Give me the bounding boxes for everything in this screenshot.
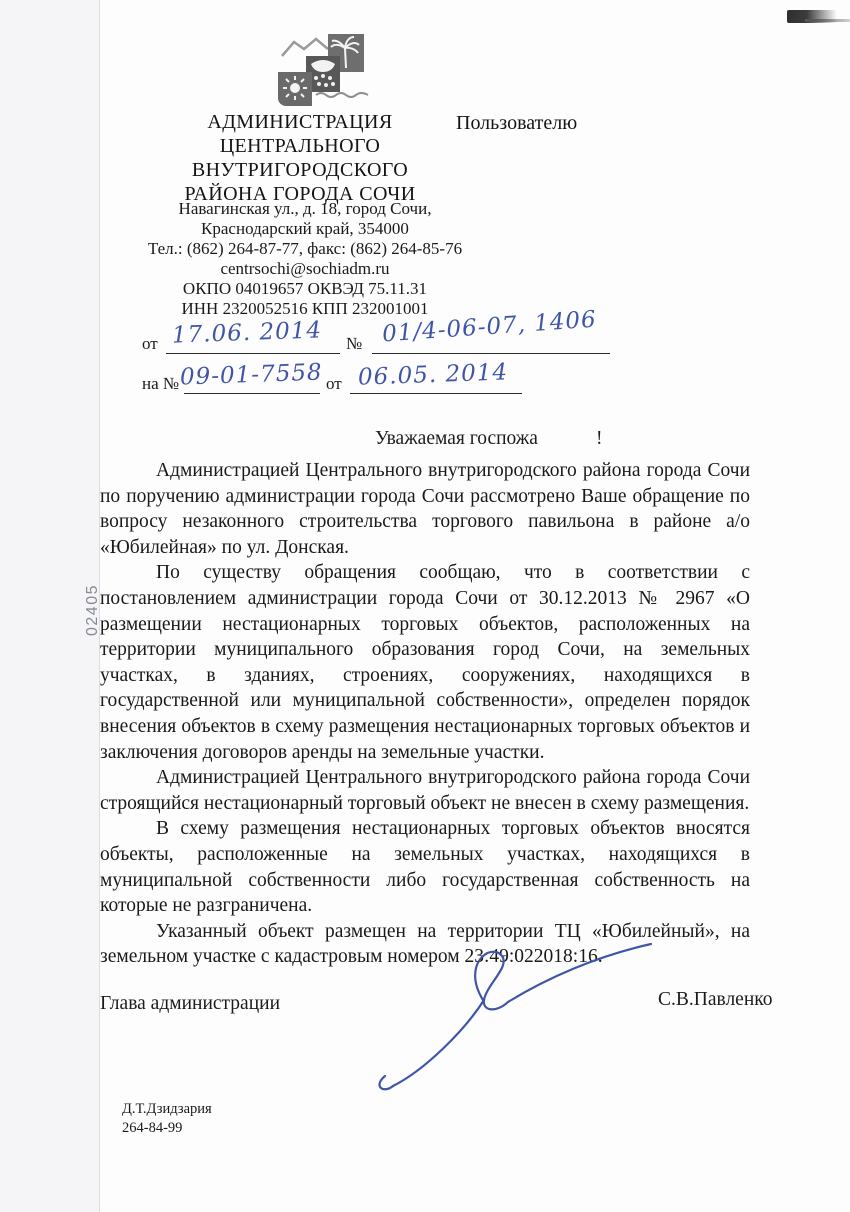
body-paragraph: Администрацией Центрального внутригородс… [100,458,750,560]
org-address-line: Навагинская ул., д. 18, город Сочи, [110,199,500,219]
sochi-coat-of-arms-icon [276,32,374,110]
handwritten-reply-date: 06.05. 2014 [358,359,509,390]
handwritten-date: 17.06. 2014 [172,317,323,348]
org-address-line: ИНН 2320052516 КПП 232001001 [110,299,500,319]
org-address-line: Краснодарский край, 354000 [110,219,500,239]
org-name-line: ЦЕНТРАЛЬНОГО [130,134,470,158]
number-rule [372,352,610,354]
org-name-block: АДМИНИСТРАЦИЯЦЕНТРАЛЬНОГОВНУТРИГОРОДСКОГ… [130,110,470,206]
incoming-reference-line: на № 09-01-7558 от 06.05. 2014 [100,360,660,400]
letter-body: Администрацией Центрального внутригородс… [100,458,750,970]
scan-artifact [787,10,837,23]
org-address-line: Тел.: (862) 264-87-77, факс: (862) 264-8… [110,239,500,259]
date-rule [166,352,340,354]
reference-block: от 17.06. 2014 № 01/4-06-07, 1406 на № 0… [100,320,660,400]
outgoing-reference-line: от 17.06. 2014 № 01/4-06-07, 1406 [100,320,660,360]
signer-title: Глава администрации [100,993,280,1015]
handwritten-reply-number: 09-01-7558 [180,360,323,391]
handwritten-signature-icon [365,938,655,1093]
reply-date-rule [350,392,522,394]
body-paragraph: По существу обращения сообщаю, что в соо… [100,560,750,765]
org-address-block: Навагинская ул., д. 18, город Сочи,Красн… [110,199,500,319]
recipient: Пользователю [456,112,577,135]
org-name-line: АДМИНИСТРАЦИЯ [130,110,470,134]
reply-label: на № [142,374,179,394]
body-paragraph: Администрацией Центрального внутригородс… [100,765,750,816]
sun-glyph [283,76,307,100]
executor-name: Д.Т.Дзидзария [122,1100,212,1119]
mountains-glyph [282,39,328,56]
executor-block: Д.Т.Дзидзария 264-84-99 [122,1100,212,1138]
signer-name: С.В.Павленко [658,989,773,1011]
org-address-line: ОКПО 04019657 ОКВЭД 75.11.31 [110,279,500,299]
reply-from-label: от [326,374,342,394]
salutation-text: Уважаемая госпожа [375,428,538,449]
salutation: Уважаемая госпожа! [100,428,750,450]
org-address-line: centrsochi@sochiadm.ru [110,259,500,279]
number-label: № [346,334,362,354]
reply-number-rule [184,392,320,394]
scanned-letter-page: АДМИНИСТРАЦИЯЦЕНТРАЛЬНОГОВНУТРИГОРОДСКОГ… [0,0,850,1212]
org-name-line: ВНУТРИГОРОДСКОГО [130,158,470,182]
executor-phone: 264-84-99 [122,1119,212,1138]
waves-glyph [316,93,368,97]
salutation-exclamation: ! [596,428,603,449]
from-label: от [142,334,158,354]
body-paragraph: В схему размещения нестационарных торгов… [100,816,750,918]
